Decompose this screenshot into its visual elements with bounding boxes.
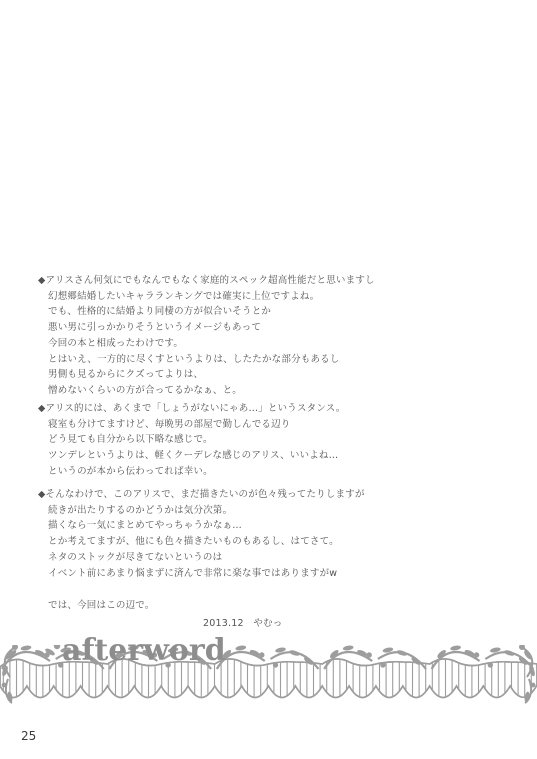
text-line: ◆アリスさん何気にでもなんでもなく家庭的スペック超高性能だと思いますし bbox=[38, 273, 375, 289]
afterword-page: ◆アリスさん何気にでもなんでもなく家庭的スペック超高性能だと思いますし幻想郷結婚… bbox=[0, 0, 537, 759]
text-line: とか考えてますが、他にも色々描きたいものもあるし、はてさて。 bbox=[48, 534, 365, 550]
text-line: ツンデレというよりは、軽くクーデレな感じのアリス、いいよね… bbox=[48, 448, 345, 464]
text-line: ◆アリス的には、あくまで「しょうがないにゃあ…」というスタンス。 bbox=[38, 401, 345, 417]
text-line: ネタのストックが尽きてないというのは bbox=[48, 550, 365, 566]
text-line: 今回の本と相成ったわけです。 bbox=[48, 336, 375, 352]
paragraph: ◆アリス的には、あくまで「しょうがないにゃあ…」というスタンス。寝室も分けてます… bbox=[38, 401, 345, 480]
paragraph: ◆そんなわけで、このアリスで、まだ描きたいのが色々残ってたりしますが続きが出たり… bbox=[38, 487, 365, 581]
paragraph: ◆アリスさん何気にでもなんでもなく家庭的スペック超高性能だと思いますし幻想郷結婚… bbox=[38, 273, 375, 399]
signature-date: 2013.12 やむっ bbox=[203, 615, 283, 629]
text-line: 寝室も分けてますけど、毎晩男の部屋で勤しんでる辺り bbox=[48, 417, 345, 433]
text-line: 悪い男に引っかかりそうというイメージもあって bbox=[48, 320, 375, 336]
text-line: でも、性格的に結婚より同棲の方が似合いそうとか bbox=[48, 304, 375, 320]
closing-line: では、今回はこの辺で。 bbox=[48, 597, 155, 611]
text-line: どう見ても自分から以下略な感じで。 bbox=[48, 432, 345, 448]
text-line: ◆そんなわけで、このアリスで、まだ描きたいのが色々残ってたりしますが bbox=[38, 487, 365, 503]
text-line: 続きが出たりするのかどうかは気分次第。 bbox=[48, 503, 365, 519]
text-line: とはいえ、一方的に尽くすというよりは、したたかな部分もあるし bbox=[48, 352, 375, 368]
text-line: 男側も見るからにクズってよりは、 bbox=[48, 367, 375, 383]
text-line: 描くなら一気にまとめてやっちゃうかなぁ… bbox=[48, 518, 365, 534]
text-line: イベント前にあまり悩まずに済んで非常に楽な事ではありますがw bbox=[48, 566, 365, 582]
afterword-title: afterword bbox=[62, 633, 226, 668]
page-number: 25 bbox=[21, 729, 36, 743]
text-line: 幻想郷結婚したいキャラランキングでは確実に上位ですよね。 bbox=[48, 289, 375, 305]
text-line: 憎めないくらいの方が合ってるかなぁ、と。 bbox=[48, 383, 375, 399]
text-line: というのが本から伝わってれば幸い。 bbox=[48, 464, 345, 480]
